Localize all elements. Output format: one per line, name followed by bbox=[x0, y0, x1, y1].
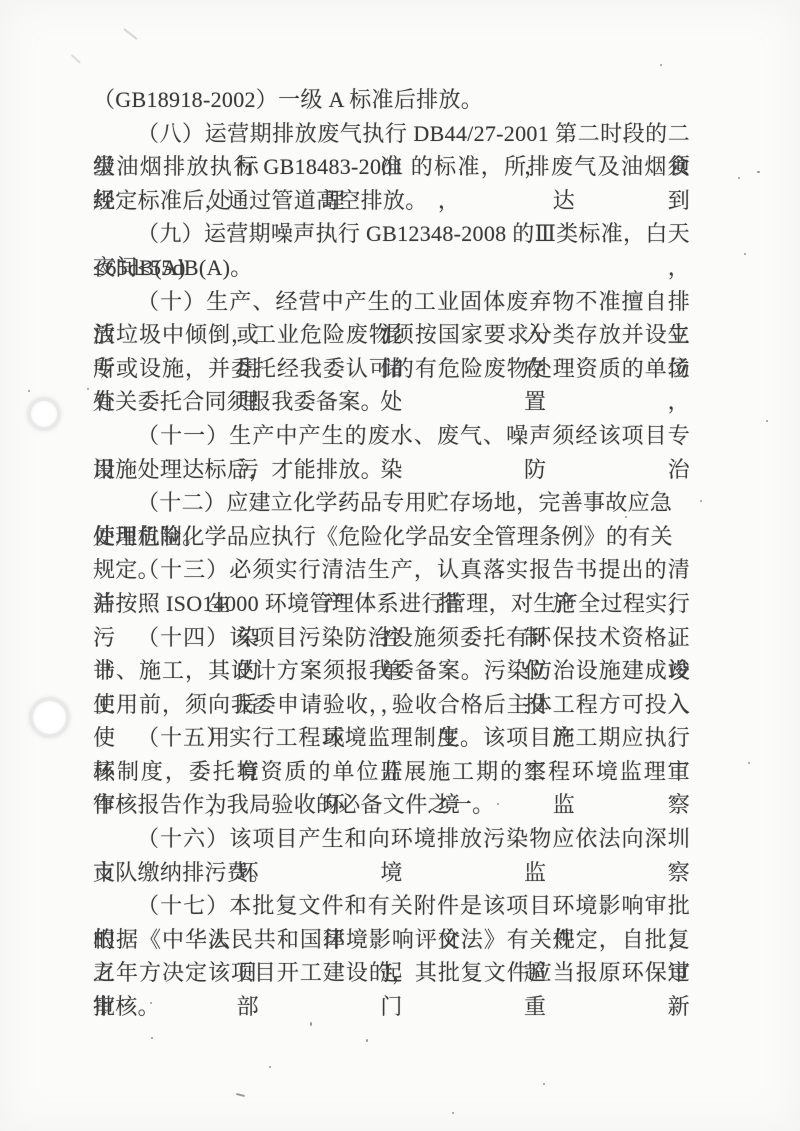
document-text-line: （十一）生产中产生的废水、废气、噪声须经该项目专用污染防治 bbox=[93, 419, 690, 453]
scan-speck bbox=[625, 516, 627, 518]
document-text-line: （十五）实行工程环境监理制度。该项目施工期应执行环境监察审 bbox=[93, 721, 690, 755]
document-text-line: 五年方决定该项目开工建设的，其批复文件应当报原环保审批部门重新 bbox=[93, 956, 690, 990]
scan-speck bbox=[748, 762, 750, 764]
document-text-line: （十四）该项目污染防治设施须委托有环保技术资格证书的单位设 bbox=[93, 621, 690, 655]
document-text-line: 使用危险化学品应执行《危险化学品安全管理条例》的有关规定。 bbox=[93, 520, 690, 554]
scan-speck bbox=[660, 64, 662, 66]
scan-speck bbox=[543, 1083, 545, 1085]
document-text-line: 使用前，须向我委申请验收，验收合格后主体工程方可投入使用或生产。 bbox=[93, 688, 690, 722]
document-text-line: （十七）本批复文件和有关附件是该项目环境影响审批的法律文件， bbox=[93, 889, 690, 923]
document-text-line: （十三）必须实行清洁生产，认真落实报告书提出的清洁生产措施， bbox=[93, 553, 690, 587]
document-text-line: （十）生产、经营中产生的工业固体废弃物不准擅自排放或混入生 bbox=[93, 285, 690, 319]
scan-speck bbox=[151, 1037, 153, 1039]
document-text-line: 所或设施，并委托经我委认可的有危险废物处理资质的单位处理处置， bbox=[93, 352, 690, 386]
document-text-block: （GB18918-2002）一级 A 标准后排放。（八）运营期排放废气执行 DB… bbox=[93, 83, 690, 1024]
document-text-line: （GB18918-2002）一级 A 标准后排放。 bbox=[93, 83, 690, 117]
scan-speck bbox=[497, 803, 499, 805]
scan-speck bbox=[28, 390, 30, 392]
binder-hole-ring-bottom bbox=[29, 697, 70, 738]
document-text-line: 计、施工，其设计方案须报我委备案。污染防治设施建成竣工后，投入 bbox=[93, 654, 690, 688]
document-text-line: （八）运营期排放废气执行 DB44/27-2001 第二时段的二级标准，食 bbox=[93, 117, 690, 151]
document-text-line: 核制度，委托有资质的单位开展施工期的工程环境监理工作，环境监察 bbox=[93, 755, 690, 789]
scan-speck bbox=[310, 1022, 312, 1026]
scan-speck bbox=[700, 500, 702, 502]
scan-speck bbox=[452, 1112, 454, 1114]
document-text-line: （十六）该项目产生和向环境排放污染物应依法向深圳市环境监察 bbox=[93, 822, 690, 856]
document-text-line: （九）运营期噪声执行 GB12348-2008 的Ⅲ类标准，白天≤65dB(A)… bbox=[93, 217, 690, 251]
scan-speck bbox=[150, 1002, 152, 1004]
scan-speck bbox=[757, 171, 760, 173]
scan-smudge bbox=[71, 54, 81, 63]
document-text-line: （十二）应建立化学药品专用贮存场地，完善事故应急处理机制。 bbox=[93, 486, 690, 520]
scan-speck bbox=[269, 1066, 271, 1068]
document-text-line: 并按照 ISO14000 环境管理体系进行管理，对生产全过程实行污染控制。 bbox=[93, 587, 690, 621]
scan-speck bbox=[766, 420, 768, 422]
document-text-line: 活垃圾中倾倒，工业危险废物须按国家要求分类存放并设立专用储存场 bbox=[93, 318, 690, 352]
binder-hole-ring-top bbox=[27, 397, 61, 431]
scan-smudge bbox=[236, 1093, 245, 1097]
scan-smudge bbox=[123, 28, 137, 40]
scan-speck bbox=[366, 1039, 368, 1042]
scan-speck bbox=[87, 388, 89, 390]
scan-speck bbox=[738, 177, 740, 179]
scanned-document-page: （GB18918-2002）一级 A 标准后排放。（八）运营期排放废气执行 DB… bbox=[0, 0, 800, 1131]
document-text-line: 根据《中华人民共和国环境影响评价法》有关规定，自批复之日起超过 bbox=[93, 923, 690, 957]
document-text-line: 堂油烟排放执行 GB18483-2001 的标准，所排废气及油烟须经处理，达到 bbox=[93, 150, 690, 184]
scan-speck bbox=[744, 253, 746, 255]
